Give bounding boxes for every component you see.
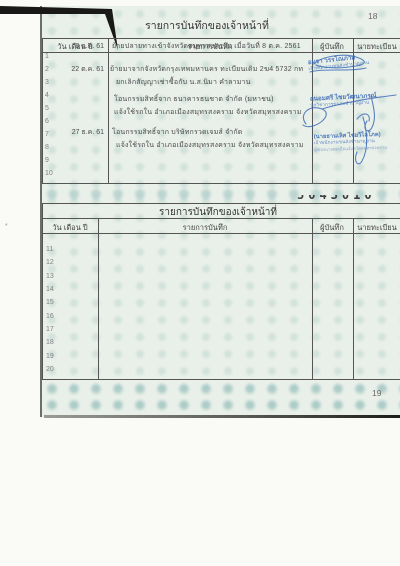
row-number: 9 bbox=[45, 157, 49, 164]
row-number: 5 bbox=[45, 105, 49, 112]
scanned-document-screen: 18 รายการบันทึกของเจ้าหน้าที่ วัน เดือน … bbox=[0, 0, 400, 566]
row-number: 20 bbox=[46, 366, 54, 373]
entry-date: 22 ต.ค. 61 bbox=[56, 64, 104, 75]
row-number: 4 bbox=[45, 92, 49, 99]
table2-border-left bbox=[42, 203, 43, 379]
table1-border-left bbox=[42, 38, 43, 183]
row-number: 3 bbox=[45, 79, 49, 86]
row-number: 12 bbox=[46, 259, 54, 266]
entry-text: ยกเลิกสัญญาเช่าซื้อกับ น.ส.นิมา คำลามาน bbox=[116, 77, 251, 88]
entry-text: ย้ายมาจากจังหวัดกรุงเทพมหานคร ทะเบียนเดิ… bbox=[110, 64, 303, 75]
row-number: 7 bbox=[45, 131, 49, 138]
row-number: 11 bbox=[46, 246, 53, 253]
entry-date: 27 ธ.ค. 61 bbox=[56, 127, 104, 138]
table1-title: รายการบันทึกของเจ้าหน้าที่ bbox=[145, 17, 269, 34]
page-number-top: 18 bbox=[368, 11, 377, 21]
table2-col-registrar: นายทะเบียน bbox=[357, 222, 397, 234]
row-number: 15 bbox=[46, 299, 54, 306]
table2-divider-registrar bbox=[353, 218, 354, 379]
row-number: 14 bbox=[46, 286, 54, 293]
table1-border-bottom bbox=[42, 183, 400, 184]
table1-col-registrar: นายทะเบียน bbox=[357, 41, 397, 53]
entry-text: โอนกรรมสิทธิ์จาก บริษัทกรวดเจมส์ จำกัด bbox=[112, 127, 243, 138]
page-number-bottom: 19 bbox=[372, 388, 381, 398]
table2-col-recorder: ผู้บันทึก bbox=[320, 222, 344, 234]
row-number: 6 bbox=[45, 118, 49, 125]
left-margin-mark: * bbox=[5, 223, 8, 230]
table2-border-bottom bbox=[42, 379, 400, 380]
row-number: 19 bbox=[46, 353, 54, 360]
entry-text: แจ้งใช้รถใน อำเภอเมืองสมุทรสงคราม จังหวั… bbox=[114, 107, 302, 118]
entry-date: 8 ต.ค. 61 bbox=[56, 41, 104, 52]
row-number: 16 bbox=[46, 313, 54, 320]
table2-col-record: รายการบันทึก bbox=[183, 222, 228, 234]
table2-divider-date bbox=[98, 218, 99, 379]
row-number: 17 bbox=[46, 326, 54, 333]
row-number: 8 bbox=[45, 144, 49, 151]
table2-border-top bbox=[42, 203, 400, 204]
recorder-stamp-3: (นายธานเลิศ ไชยวิไลโภค) เจ้าพนักงานขนส่ง… bbox=[314, 132, 388, 153]
row-number: 1 bbox=[45, 53, 49, 60]
page-bottom-edge bbox=[44, 415, 400, 418]
table1-border-top bbox=[42, 38, 400, 39]
serial-number: 5043010 bbox=[297, 195, 383, 203]
table2-col-date: วัน เดือน ปี bbox=[52, 222, 87, 234]
row-number: 10 bbox=[45, 170, 53, 177]
table2-title-underline bbox=[42, 218, 400, 219]
entry-text: โอนกรรมสิทธิ์จาก ธนาคารธนชาต จำกัด (มหาช… bbox=[114, 94, 274, 105]
entry-text: แจ้งใช้รถใน อำเภอเมืองสมุทรสงคราม จังหวั… bbox=[116, 140, 304, 151]
row-number: 2 bbox=[45, 66, 49, 73]
table1-col-recorder: ผู้บันทึก bbox=[320, 41, 344, 53]
table2-divider-recorder bbox=[312, 218, 313, 379]
row-number: 18 bbox=[46, 339, 54, 346]
table1-divider-date bbox=[108, 38, 109, 183]
row-number: 13 bbox=[46, 273, 54, 280]
entry-text: ย้ายปลายทางเข้าจังหวัดสมุทรสงคราม เมื่อว… bbox=[112, 41, 301, 52]
